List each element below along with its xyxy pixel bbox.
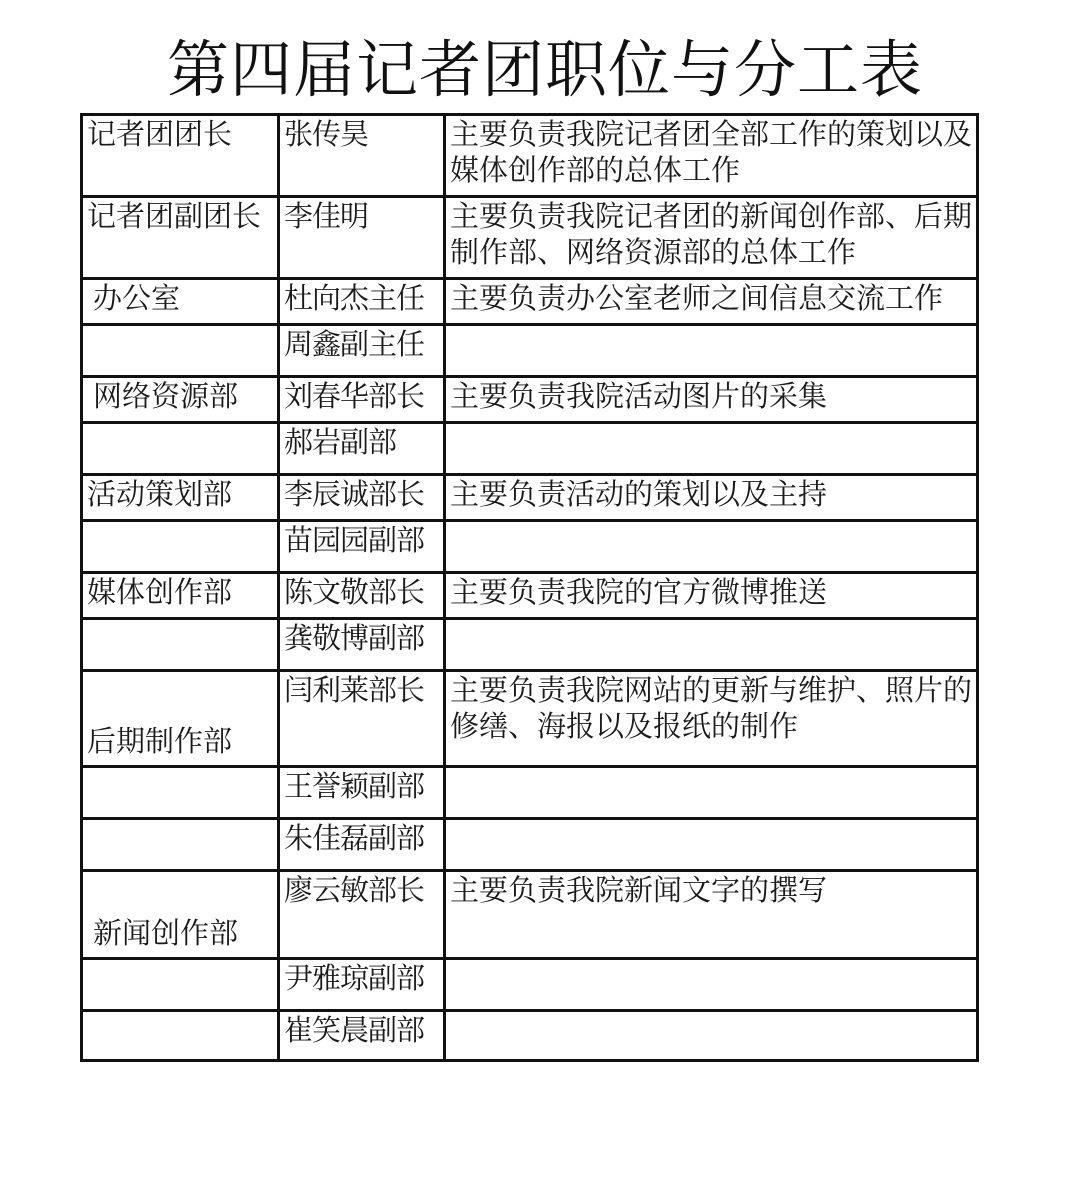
name-cell: 郝岩副部	[279, 423, 445, 475]
name-cell: 李佳明	[279, 197, 445, 279]
table-row: 龚敬博副部	[82, 619, 978, 671]
name-cell: 周鑫副主任	[279, 325, 445, 377]
duty-cell	[445, 521, 978, 573]
name-cell: 杜向杰主任	[279, 279, 445, 325]
dept-cell: 活动策划部	[82, 475, 279, 521]
name-cell: 崔笑晨副部	[279, 1011, 445, 1061]
roster-table: 记者团团长 张传昊 主要负责我院记者团全部工作的策划以及媒体创作部的总体工作 记…	[80, 113, 979, 1062]
dept-cell	[82, 767, 279, 819]
name-cell: 闫利莱部长	[279, 671, 445, 767]
table-row: 新闻创作部 廖云敏部长 主要负责我院新闻文字的撰写	[82, 871, 978, 959]
dept-cell: 新闻创作部	[82, 871, 279, 959]
table-row: 媒体创作部 陈文敬部长 主要负责我院的官方微博推送	[82, 573, 978, 619]
duty-cell	[445, 423, 978, 475]
dept-cell: 媒体创作部	[82, 573, 279, 619]
table-row: 记者团副团长 李佳明 主要负责我院记者团的新闻创作部、后期制作部、网络资源部的总…	[82, 197, 978, 279]
duty-cell	[445, 959, 978, 1011]
name-cell: 陈文敬部长	[279, 573, 445, 619]
name-cell: 李辰诚部长	[279, 475, 445, 521]
duty-cell: 主要负责活动的策划以及主持	[445, 475, 978, 521]
table-row: 王誉颖副部	[82, 767, 978, 819]
name-cell: 王誉颖副部	[279, 767, 445, 819]
table-row: 周鑫副主任	[82, 325, 978, 377]
duty-cell: 主要负责办公室老师之间信息交流工作	[445, 279, 978, 325]
table-row: 郝岩副部	[82, 423, 978, 475]
dept-cell	[82, 521, 279, 573]
duty-cell: 主要负责我院记者团全部工作的策划以及媒体创作部的总体工作	[445, 115, 978, 197]
duty-cell: 主要负责我院的官方微博推送	[445, 573, 978, 619]
dept-cell: 办公室	[82, 279, 279, 325]
dept-cell: 记者团团长	[82, 115, 279, 197]
table-row: 活动策划部 李辰诚部长 主要负责活动的策划以及主持	[82, 475, 978, 521]
table-row: 尹雅琼副部	[82, 959, 978, 1011]
dept-cell	[82, 1011, 279, 1061]
dept-cell: 网络资源部	[82, 377, 279, 423]
name-cell: 尹雅琼副部	[279, 959, 445, 1011]
duty-cell	[445, 819, 978, 871]
name-cell: 张传昊	[279, 115, 445, 197]
name-cell: 廖云敏部长	[279, 871, 445, 959]
duty-cell: 主要负责我院新闻文字的撰写	[445, 871, 978, 959]
dept-cell: 记者团副团长	[82, 197, 279, 279]
duty-cell	[445, 619, 978, 671]
dept-cell	[82, 959, 279, 1011]
dept-cell	[82, 423, 279, 475]
name-cell: 朱佳磊副部	[279, 819, 445, 871]
dept-cell	[82, 325, 279, 377]
name-cell: 刘春华部长	[279, 377, 445, 423]
dept-cell: 后期制作部	[82, 671, 279, 767]
duty-cell	[445, 1011, 978, 1061]
page-title: 第四届记者团职位与分工表	[0, 30, 1080, 110]
table-row: 办公室 杜向杰主任 主要负责办公室老师之间信息交流工作	[82, 279, 978, 325]
table-row: 朱佳磊副部	[82, 819, 978, 871]
name-cell: 龚敬博副部	[279, 619, 445, 671]
table-row: 苗园园副部	[82, 521, 978, 573]
duty-cell	[445, 767, 978, 819]
duty-cell	[445, 325, 978, 377]
duty-cell: 主要负责我院网站的更新与维护、照片的修缮、海报以及报纸的制作	[445, 671, 978, 767]
table-row: 后期制作部 闫利莱部长 主要负责我院网站的更新与维护、照片的修缮、海报以及报纸的…	[82, 671, 978, 767]
name-cell: 苗园园副部	[279, 521, 445, 573]
table-row: 记者团团长 张传昊 主要负责我院记者团全部工作的策划以及媒体创作部的总体工作	[82, 115, 978, 197]
table-row: 网络资源部 刘春华部长 主要负责我院活动图片的采集	[82, 377, 978, 423]
dept-cell	[82, 619, 279, 671]
table-row: 崔笑晨副部	[82, 1011, 978, 1061]
dept-cell	[82, 819, 279, 871]
duty-cell: 主要负责我院记者团的新闻创作部、后期制作部、网络资源部的总体工作	[445, 197, 978, 279]
duty-cell: 主要负责我院活动图片的采集	[445, 377, 978, 423]
